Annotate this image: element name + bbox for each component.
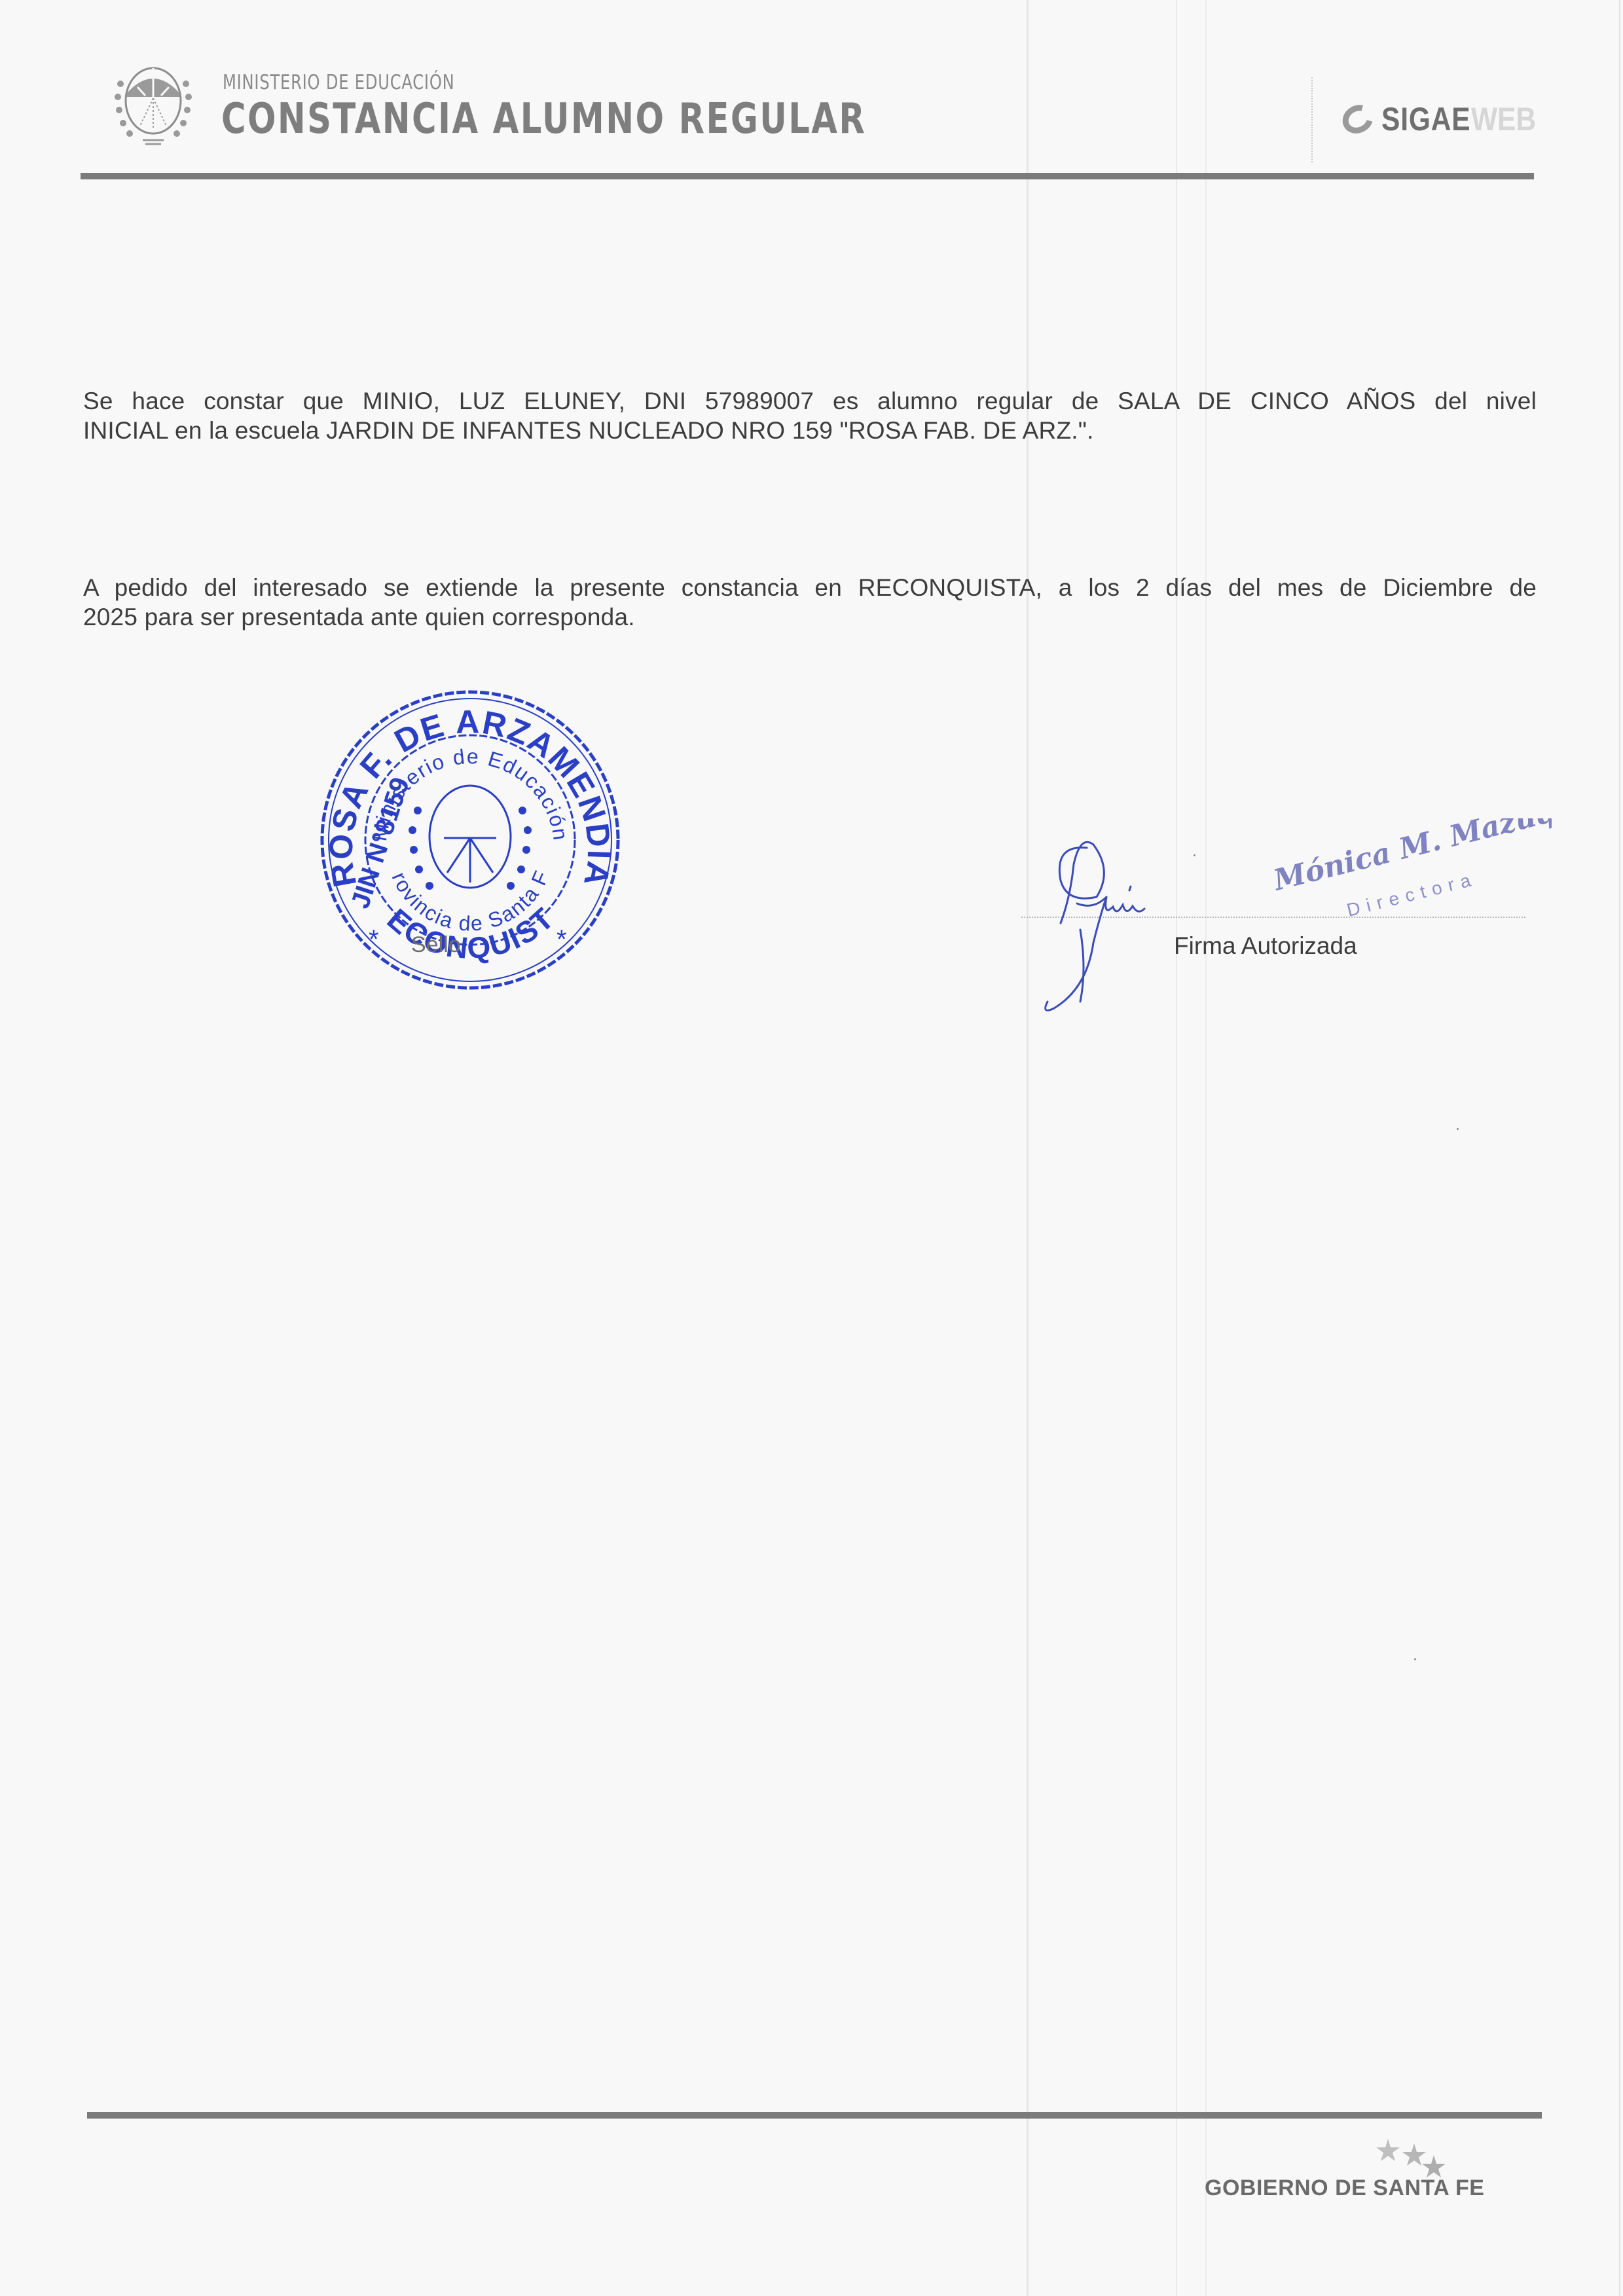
sigae-ring-icon: [1338, 100, 1379, 139]
document-title: CONSTANCIA ALUMNO REGULAR: [221, 95, 866, 143]
handwritten-signature: [1041, 825, 1237, 1021]
page-edge: [1619, 0, 1620, 2296]
star-icon: *: [556, 925, 567, 954]
ministry-name: MINISTERIO DE EDUCACIÓN: [223, 71, 455, 94]
scan-fold-line: [1205, 0, 1207, 2296]
director-name-stamp: Mónica M. Mazuquin Directora: [1270, 818, 1552, 917]
issuance-line-1: A pedido del interesado se extiende la p…: [83, 573, 1537, 602]
sigae-logo: SIGAE WEB: [1342, 100, 1547, 139]
statement-line-2: INICIAL en la escuela JARDIN DE INFANTES…: [83, 416, 1537, 445]
scan-speck: [1414, 1658, 1416, 1660]
seal-label: Sello: [411, 932, 461, 958]
issuance-statement: A pedido del interesado se extiende la p…: [83, 573, 1537, 632]
school-seal-stamp: ROSA F. DE ARZAMENDIA JIN N°8159 RECONQU…: [313, 686, 627, 994]
enrollment-statement: Se hace constar que MINIO, LUZ ELUNEY, D…: [83, 386, 1537, 445]
scan-speck: [1194, 854, 1195, 856]
star-icon: *: [369, 925, 379, 954]
scan-speck: [1457, 1128, 1459, 1130]
statement-line-1: Se hace constar que MINIO, LUZ ELUNEY, D…: [83, 386, 1537, 416]
brand-secondary: WEB: [1471, 100, 1536, 138]
header-separator: [1311, 77, 1313, 162]
brand-primary: SIGAE: [1381, 100, 1471, 138]
footer-rule: [87, 2112, 1542, 2119]
header-rule: [81, 173, 1534, 179]
santa-fe-coat-of-arms-icon: [111, 58, 195, 149]
government-name: GOBIERNO DE SANTA FE: [1205, 2176, 1484, 2201]
scan-fold-line: [1027, 0, 1029, 2296]
issuance-line-2: 2025 para ser presentada ante quien corr…: [83, 602, 1537, 632]
scan-fold-line: [1176, 0, 1177, 2296]
authorized-signature-label: Firma Autorizada: [1174, 932, 1357, 960]
